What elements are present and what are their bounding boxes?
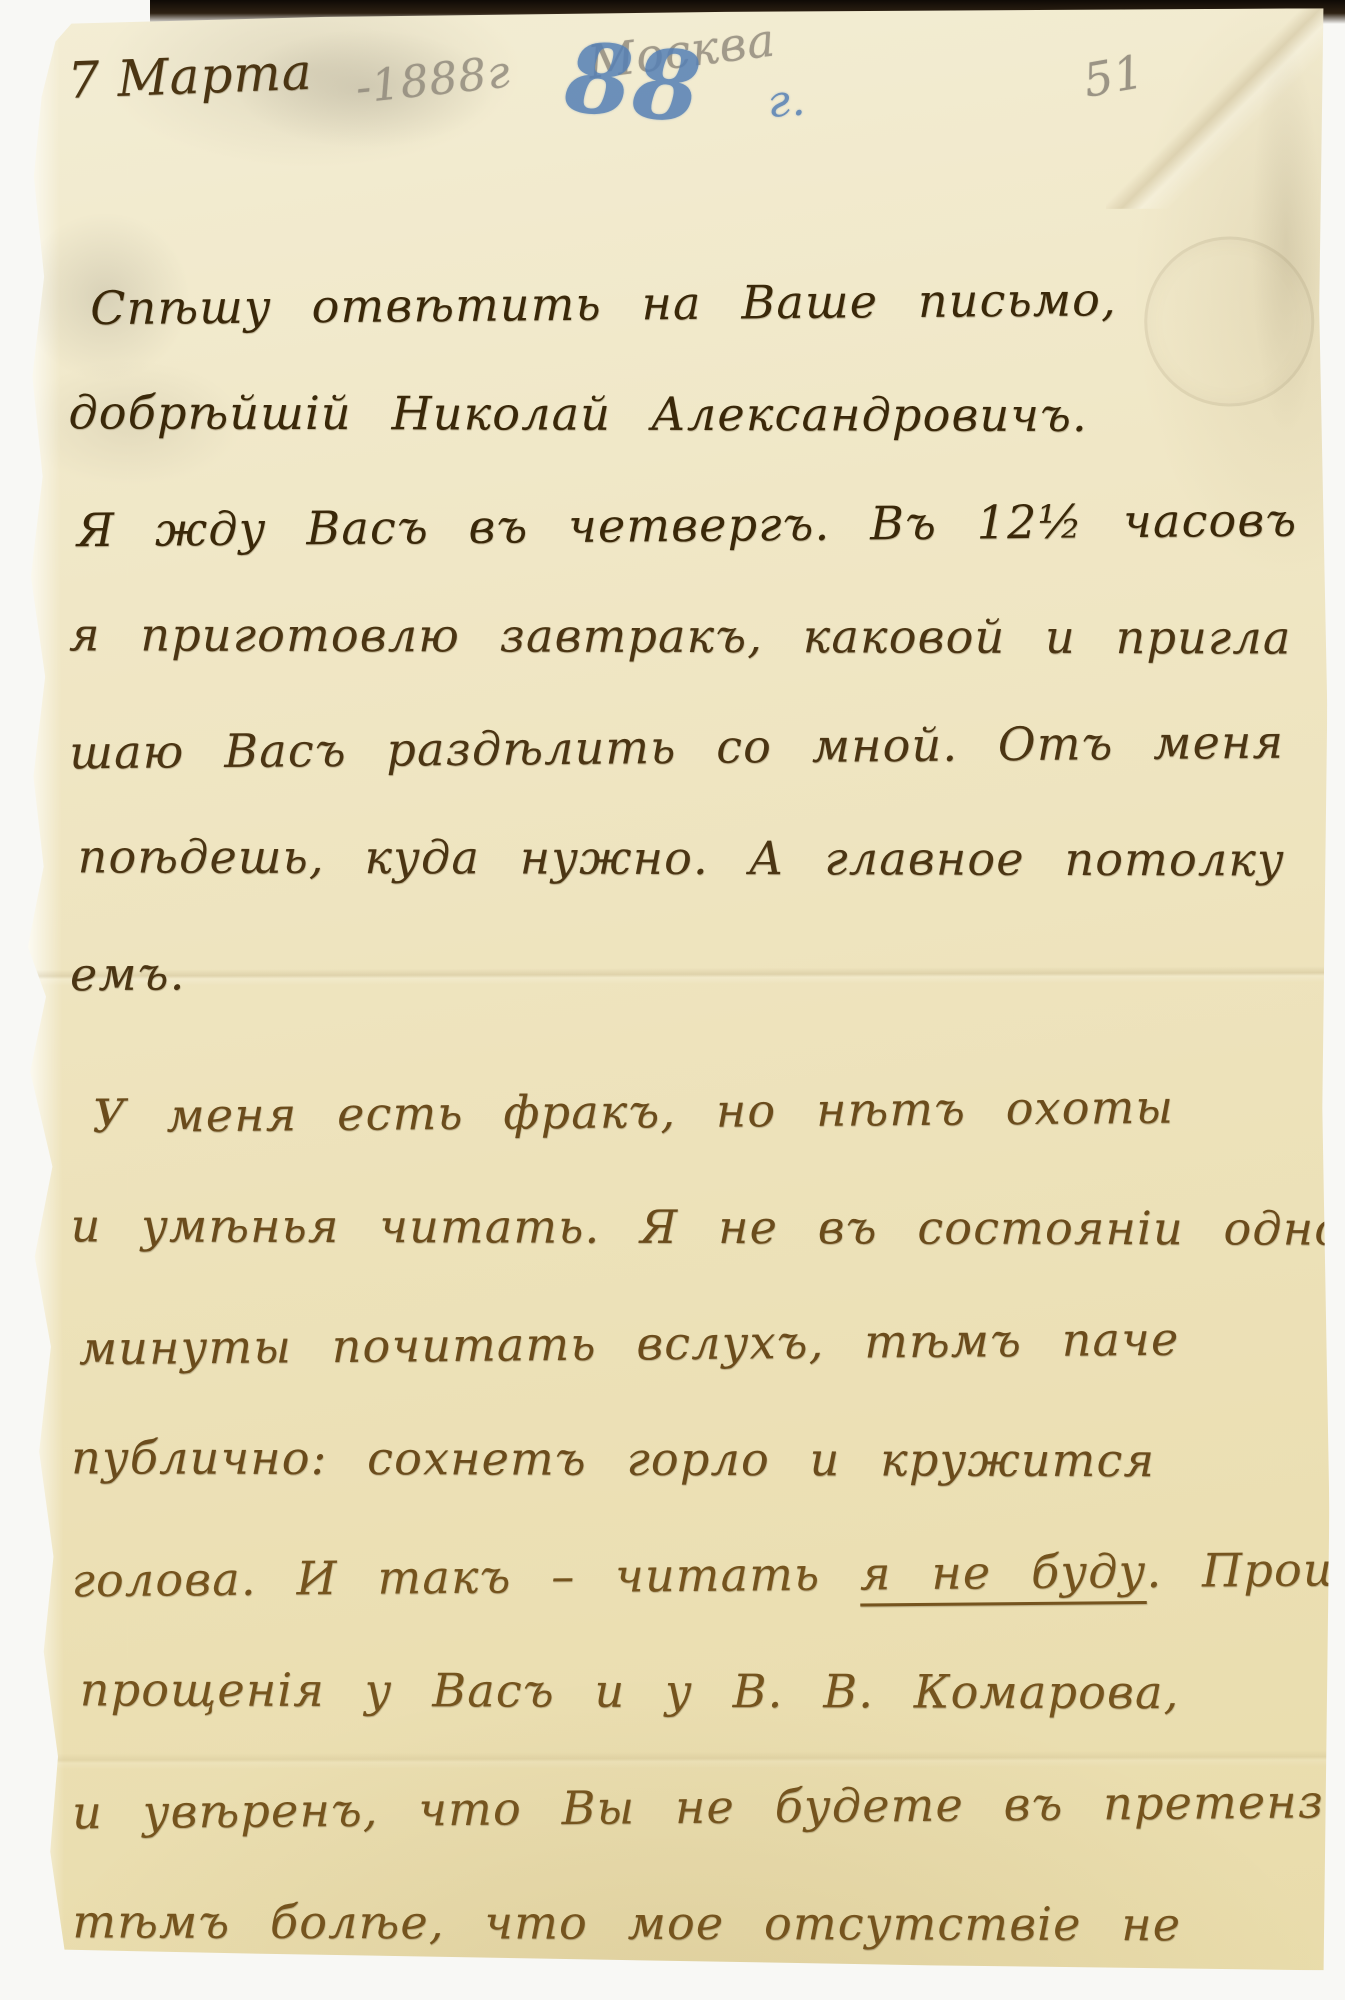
letter-line: и умѣнья читать. Я не въ состояніи одной: [70, 1167, 1302, 1286]
underlined-text: я не буду: [860, 1544, 1147, 1600]
letter-text: прощенія у Васъ и у В. В. Комарова,: [80, 1662, 1180, 1719]
letter-text: поѣдешь, куда нужно. А главное потолку: [78, 829, 1285, 886]
letter-text: и увѣренъ, что Вы не будете въ претензіи…: [72, 1774, 1345, 1839]
letter-text: Спѣшу отвѣтить на Ваше письмо,: [90, 272, 1117, 335]
page-number-pencil: 51: [1079, 44, 1148, 108]
blue-year-annotation: 88: [561, 21, 706, 145]
letter-line: добрѣйшій Николай Александровичъ.: [68, 357, 1300, 471]
letter-line: публично: сохнетъ горло и кружится: [71, 1399, 1303, 1518]
letter-text: и умѣнья читать. Я не въ состояніи одной: [71, 1198, 1345, 1255]
letter-line: емъ.: [69, 909, 1302, 1031]
letter-line: прощенія у Васъ и у В. В. Комарова,: [80, 1631, 1304, 1750]
letter-line: минуты почитать вслухъ, тѣмъ паче: [78, 1280, 1303, 1407]
letter-text: я приготовлю завтракъ, каковой и пригла: [69, 607, 1292, 664]
letter-text: голова. И такъ – читать: [71, 1546, 860, 1607]
letter-line: я приготовлю завтракъ, каковой и пригла: [69, 579, 1301, 693]
letter-line: и увѣренъ, что Вы не будете въ претензіи…: [72, 1744, 1305, 1871]
letter-text: тѣмъ болѣе, что мое отсутствіе не: [72, 1894, 1181, 1951]
letter-line: У меня есть фракъ, но нѣтъ охоты: [70, 1048, 1303, 1175]
fold-crease: [1105, 0, 1345, 209]
letter-line: голова. И такъ – читать я не буду. Прошу: [71, 1512, 1304, 1639]
letter-line: Спѣшу отвѣтить на Ваше письмо,: [68, 243, 1301, 365]
letter-paragraph: У меня есть фракъ, но нѣтъ охотыи умѣнья…: [70, 1051, 1304, 1982]
scan-background: 7 Марта -1888г Москва 88 г. 51 Спѣшу отв…: [0, 0, 1345, 2000]
letter-text: шаю Васъ раздѣлить со мной. Отъ меня: [69, 715, 1284, 780]
letter-page: 7 Марта -1888г Москва 88 г. 51 Спѣшу отв…: [25, 8, 1330, 1973]
letter-line: поѣдешь, куда нужно. А главное потолку: [78, 801, 1302, 915]
letter-text: Я жду Васъ въ четвергъ. Въ 12½ часовъ: [77, 493, 1298, 558]
letter-text: добрѣйшій Николай Александровичъ.: [68, 385, 1087, 442]
letter-paragraph: Спѣшу отвѣтить на Ваше письмо,добрѣйшій …: [68, 246, 1302, 1026]
letter-text: публично: сохнетъ горло и кружится: [71, 1430, 1155, 1487]
date-ink: 7 Марта: [67, 43, 314, 110]
letter-text: . Прошу: [1146, 1542, 1345, 1598]
letter-text: минуты почитать вслухъ, тѣмъ паче: [79, 1312, 1180, 1376]
letter-text: У меня есть фракъ, но нѣтъ охоты: [92, 1080, 1174, 1143]
blue-year-suffix: г.: [766, 74, 808, 128]
letter-text: емъ.: [70, 946, 186, 1001]
letter-body: Спѣшу отвѣтить на Ваше письмо,добрѣйшій …: [26, 246, 1331, 1982]
letter-line: тѣмъ болѣе, что мое отсутствіе не: [72, 1863, 1304, 1982]
letter-line: Я жду Васъ въ четвергъ. Въ 12½ часовъ: [76, 465, 1301, 587]
pencil-year-annotation: -1888г: [353, 46, 513, 113]
letter-line: шаю Васъ раздѣлить со мной. Отъ меня: [69, 687, 1302, 809]
